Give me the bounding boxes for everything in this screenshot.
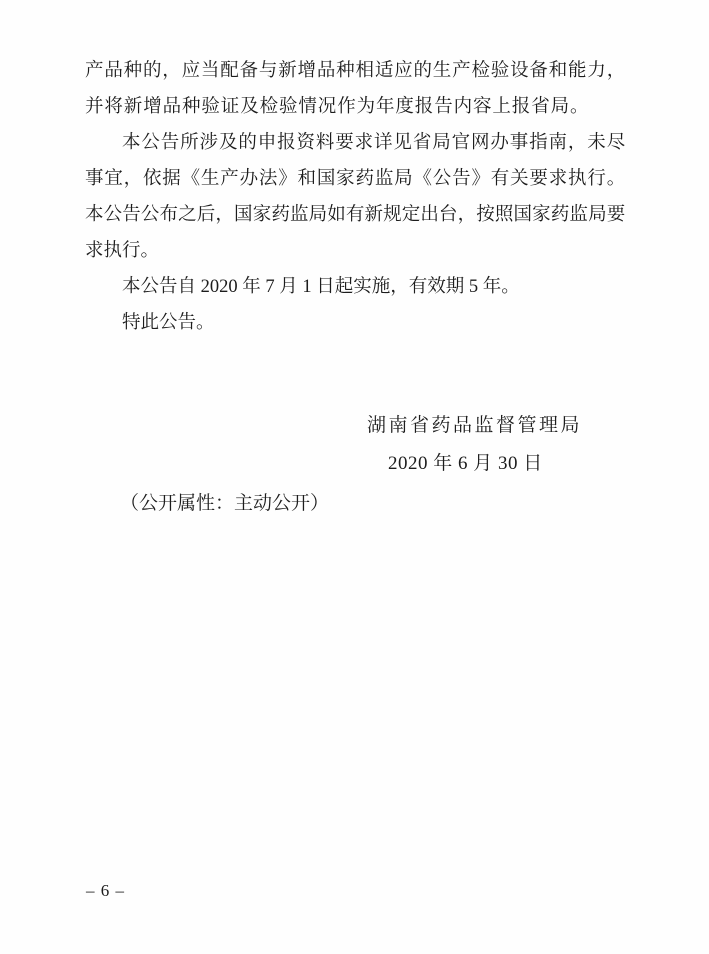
body-line-1: 产品种的，应当配备与新增品种相适应的生产检验设备和能力， bbox=[85, 53, 625, 89]
issue-date: 2020 年 6 月 30 日 bbox=[388, 446, 543, 482]
document-page: 产品种的，应当配备与新增品种相适应的生产检验设备和能力， 并将新增品种验证及检验… bbox=[0, 0, 709, 954]
body-line-8: 特此公告。 bbox=[85, 305, 625, 341]
announcement-body: 产品种的，应当配备与新增品种相适应的生产检验设备和能力， 并将新增品种验证及检验… bbox=[85, 53, 625, 341]
body-line-7: 本公告自 2020 年 7 月 1 日起实施，有效期 5 年。 bbox=[85, 269, 625, 305]
body-line-2: 并将新增品种验证及检验情况作为年度报告内容上报省局。 bbox=[85, 89, 625, 125]
disclosure-attribute-note: （公开属性：主动公开） bbox=[120, 486, 329, 522]
body-line-6: 求执行。 bbox=[85, 233, 625, 269]
page-number: – 6 – bbox=[86, 881, 125, 901]
body-line-4: 事宜，依据《生产办法》和国家药监局《公告》有关要求执行。 bbox=[85, 161, 625, 197]
issuing-agency-signature: 湖南省药品监督管理局 bbox=[367, 408, 582, 444]
body-line-5: 本公告公布之后，国家药监局如有新规定出台，按照国家药监局要 bbox=[85, 197, 625, 233]
body-line-3: 本公告所涉及的申报资料要求详见省局官网办事指南，未尽 bbox=[85, 125, 625, 161]
